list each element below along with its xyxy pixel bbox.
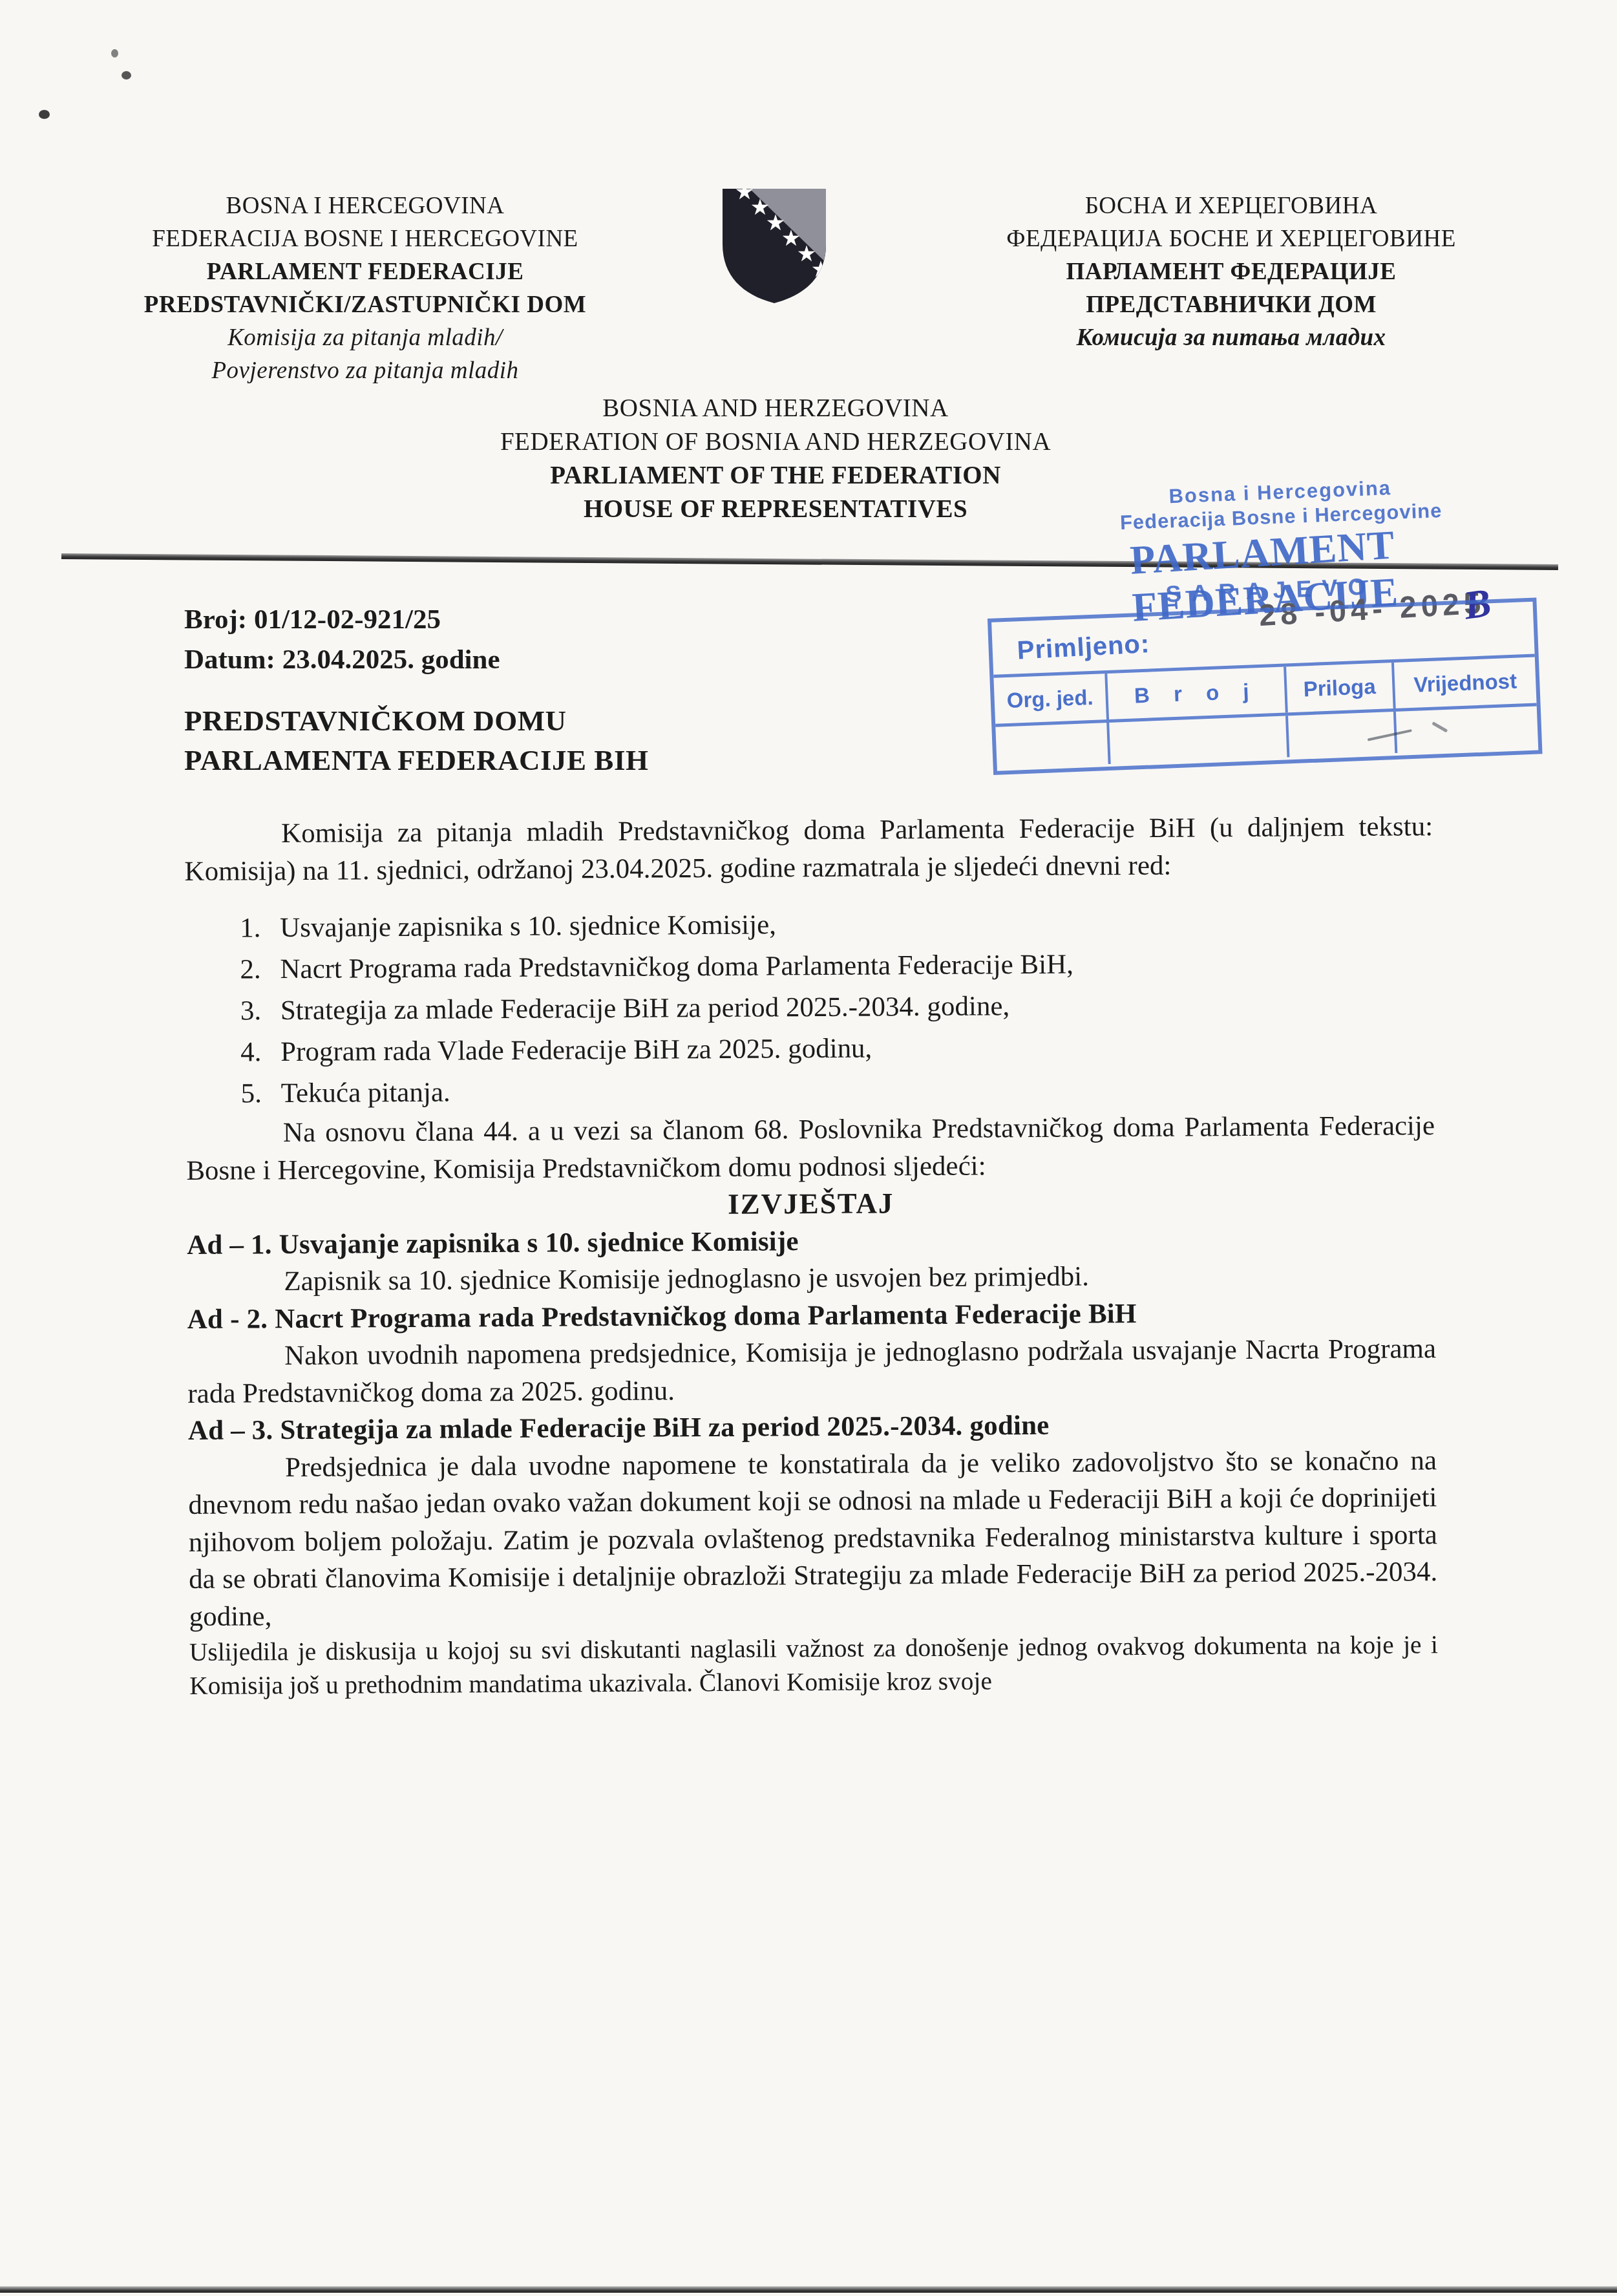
ink-speck — [111, 49, 118, 58]
ink-speck — [122, 71, 131, 80]
section-3-body: Predsjednica je dala uvodne napomene te … — [188, 1442, 1438, 1635]
stamp-empty-cell — [995, 723, 1110, 769]
recipient-block: PREDSTAVNIČKOM DOMU PARLAMENTA FEDERACIJ… — [184, 701, 648, 780]
stamp-empty-cell — [1109, 716, 1289, 764]
section-3-body-continued: Uslijedila je diskusija u kojoj su svi d… — [189, 1628, 1439, 1703]
stamp-table: Primljeno: Org. jed. B r o j Priloga Vri… — [988, 597, 1543, 774]
agenda-item: 4. Program rada Vlade Federacije BiH za … — [240, 1025, 1434, 1073]
document-body: Komisija za pitanja mladih Predstavničko… — [184, 808, 1438, 1703]
letterhead-right-line: ПРЕДСТАВНИЧКИ ДОМ — [947, 288, 1516, 321]
agenda-item-number: 4. — [240, 1032, 280, 1073]
letterhead-right: БОСНА И ХЕРЦЕГОВИНА ФЕДЕРАЦИЈА БОСНЕ И Х… — [947, 189, 1516, 354]
agenda-item-number: 3. — [240, 990, 280, 1032]
scan-edge — [0, 2286, 1617, 2293]
letterhead-left-line: Povjerenstvo za pitanja mladih — [94, 354, 637, 387]
stamp-col-org-jed: Org. jed. — [993, 674, 1109, 724]
recipient-line: PARLAMENTA FEDERACIJE BIH — [184, 741, 648, 780]
receipt-stamp: Bosna i Hercegovina Federacija Bosne i H… — [969, 464, 1549, 789]
stamp-col-broj: B r o j — [1107, 666, 1287, 719]
stamp-empty-cell — [1396, 707, 1538, 753]
legal-basis-paragraph: Na osnovu člana 44. a u vezi sa članom 6… — [186, 1107, 1435, 1189]
letterhead-left-line: PREDSTAVNIČKI/ZASTUPNIČKI DOM — [94, 288, 637, 321]
agenda-item-text: Usvajanje zapisnika s 10. sjednice Komis… — [280, 904, 776, 949]
agenda-item: 5. Tekuća pitanja. — [240, 1066, 1434, 1114]
letterhead-right-line: ФЕДЕРАЦИЈА БОСНЕ И ХЕРЦЕГОВИНЕ — [947, 222, 1516, 255]
agenda-item-number: 1. — [240, 908, 280, 949]
intro-paragraph: Komisija za pitanja mladih Predstavničko… — [184, 808, 1433, 890]
document-meta: Broj: 01/12-02-921/25 Datum: 23.04.2025.… — [184, 600, 500, 680]
scanned-document-page: BOSNA I HERCEGOVINA FEDERACIJA BOSNE I H… — [0, 0, 1617, 2296]
agenda-item-text: Strategija za mlade Federacije BiH za pe… — [280, 986, 1010, 1032]
agenda-item-text: Program rada Vlade Federacije BiH za 202… — [280, 1028, 872, 1074]
letterhead-right-line: ПАРЛАМЕНТ ФЕДЕРАЦИЈЕ — [947, 255, 1516, 288]
ink-speck — [39, 110, 50, 119]
agenda-item: 1. Usvajanje zapisnika s 10. sjednice Ko… — [240, 900, 1433, 949]
letterhead-left: BOSNA I HERCEGOVINA FEDERACIJA BOSNE I H… — [94, 189, 637, 387]
letterhead-left-line: PARLAMENT FEDERACIJE — [94, 255, 637, 288]
letterhead-left-line: FEDERACIJA BOSNE I HERCEGOVINE — [94, 222, 637, 255]
agenda-item: 2. Nacrt Programa rada Predstavničkog do… — [240, 942, 1433, 990]
document-date: Datum: 23.04.2025. godine — [184, 640, 500, 680]
agenda-item: 3. Strategija za mlade Federacije BiH za… — [240, 983, 1434, 1032]
letterhead-left-line: BOSNA I HERCEGOVINA — [94, 189, 637, 222]
agenda-item-text: Nacrt Programa rada Predstavničkog doma … — [280, 944, 1073, 990]
section-2-body: Nakon uvodnih napomena predsjednice, Kom… — [187, 1330, 1437, 1412]
bih-coat-of-arms-icon: ★ ★ ★ ★ ★ ★ — [719, 187, 830, 305]
stamp-received-label: Primljeno: — [1017, 630, 1151, 666]
stamp-empty-cell — [1288, 712, 1398, 757]
agenda-item-number: 2. — [240, 949, 280, 990]
document-number: Broj: 01/12-02-921/25 — [184, 600, 500, 640]
agenda-item-text: Tekuća pitanja. — [280, 1072, 450, 1114]
stamp-col-vrijednost: Vrijednost — [1394, 657, 1536, 708]
stamp-col-priloga: Priloga — [1286, 663, 1396, 712]
svg-text:★: ★ — [811, 257, 830, 282]
agenda-item-number: 5. — [240, 1073, 280, 1114]
letterhead-right-line: Комисија за питања младих — [947, 321, 1516, 354]
letterhead-center-line: BOSNIA AND HERZEGOVINA — [452, 392, 1099, 425]
letterhead-right-line: БОСНА И ХЕРЦЕГОВИНА — [947, 189, 1516, 222]
agenda-list: 1. Usvajanje zapisnika s 10. sjednice Ko… — [240, 900, 1435, 1114]
letterhead-center-line: FEDERATION OF BOSNIA AND HERZEGOVINA — [452, 425, 1099, 459]
recipient-line: PREDSTAVNIČKOM DOMU — [184, 701, 648, 741]
letterhead-left-line: Komisija za pitanja mladih/ — [94, 321, 637, 354]
